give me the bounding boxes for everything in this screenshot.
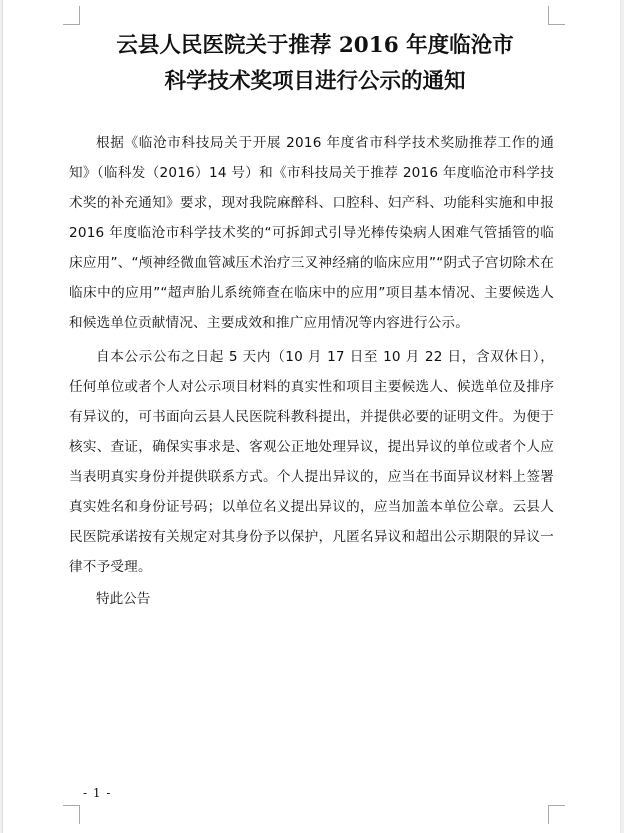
margin-corner-top-left [63, 6, 80, 25]
margin-corner-bottom-left [63, 805, 80, 824]
document-body: 根据《临沧市科技局关于开展 2016 年度省市科学技术奖励推荐工作的通知》（临科… [69, 128, 554, 614]
closing-text: 特此公告 [69, 584, 554, 614]
margin-corner-top-right [548, 6, 565, 25]
document-page: 云县人民医院关于推荐 2016 年度临沧市 科学技术奖项目进行公示的通知 根据《… [2, 0, 621, 833]
paragraph-2: 自本公示公布之日起 5 天内（10 月 17 日至 10 月 22 日，含双休日… [69, 342, 554, 582]
margin-corner-bottom-right [548, 805, 565, 824]
document-title: 云县人民医院关于推荐 2016 年度临沧市 科学技术奖项目进行公示的通知 [3, 28, 624, 100]
paragraph-1: 根据《临沧市科技局关于开展 2016 年度省市科学技术奖励推荐工作的通知》（临科… [69, 128, 554, 338]
title-line-1: 云县人民医院关于推荐 2016 年度临沧市 [3, 28, 624, 64]
page-number: - 1 - [83, 786, 111, 800]
title-line-2: 科学技术奖项目进行公示的通知 [3, 64, 624, 100]
